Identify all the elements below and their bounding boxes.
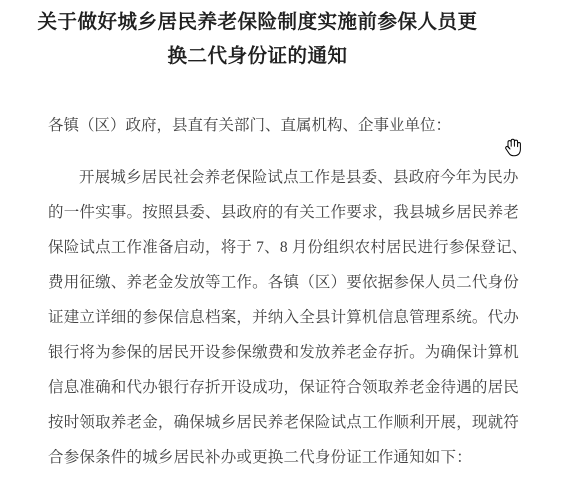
paragraph-line: 证建立详细的参保信息档案，并纳入全县计算机信息管理系统。代办 (48, 300, 513, 335)
document-title: 关于做好城乡居民养老保险制度实施前参保人员更 换二代身份证的通知 (0, 6, 515, 74)
paragraph-line: 银行将为参保的居民开设参保缴费和发放养老金存折。为确保计算机 (48, 335, 513, 370)
hand-cursor-icon (503, 134, 523, 158)
salutation-line: 各镇（区）政府，县直有关部门、直属机构、企事业单位： (48, 108, 515, 143)
document-page: 关于做好城乡居民养老保险制度实施前参保人员更 换二代身份证的通知 各镇（区）政府… (0, 0, 568, 479)
body-paragraph: 开展城乡居民社会养老保险试点工作是县委、县政府今年为民办 的一件实事。按照县委、… (48, 160, 513, 475)
title-line-2: 换二代身份证的通知 (0, 40, 515, 74)
paragraph-line: 开展城乡居民社会养老保险试点工作是县委、县政府今年为民办 (48, 160, 513, 195)
title-line-1: 关于做好城乡居民养老保险制度实施前参保人员更 (0, 6, 515, 40)
paragraph-line: 按时领取养老金，确保城乡居民养老保险试点工作顺利开展，现就符 (48, 405, 513, 440)
paragraph-line: 费用征缴、养老金发放等工作。各镇（区）要依据参保人员二代身份 (48, 265, 513, 300)
paragraph-line: 的一件实事。按照县委、县政府的有关工作要求，我县城乡居民养老 (48, 195, 513, 230)
paragraph-line: 信息准确和代办银行存折开设成功，保证符合领取养老金待遇的居民 (48, 370, 513, 405)
paragraph-line: 保险试点工作准备启动，将于 7、8 月份组织农村居民进行参保登记、 (48, 230, 513, 265)
paragraph-line: 合参保条件的城乡居民补办或更换二代身份证工作通知如下： (48, 440, 513, 475)
